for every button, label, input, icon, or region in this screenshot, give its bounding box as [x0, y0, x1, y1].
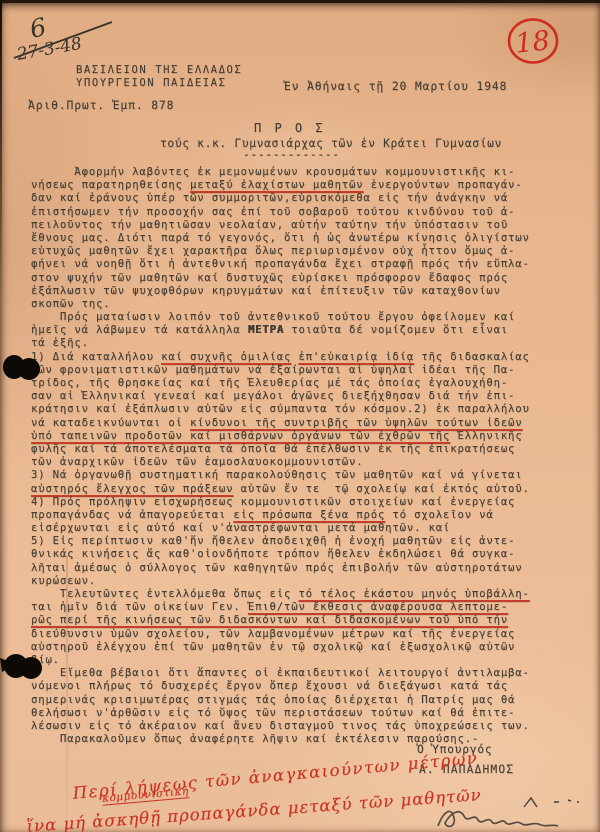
body-line: σκοπῶν της.	[31, 298, 593, 311]
caret-mark	[524, 798, 537, 807]
registry-date: 27-3-48	[14, 34, 83, 65]
red-underlined-text: κίνδυνοι τῆς συντριβῆς τῶν ὑψηλῶν τούτων…	[190, 417, 523, 429]
red-underlined-text: εἰς πρόσωπα ξένα πρός	[233, 509, 385, 521]
scan-top-edge	[0, 0, 600, 3]
body-line: τῶν φρονιματιστικῶν μαθημάτων νά ἐξαίρων…	[31, 364, 593, 377]
body-line: Εἴμεθα βέβαιοι ὅτι ἅπαντες οἱ ἐκπαιδευτι…	[31, 667, 593, 680]
text-segment: κράτησιν καί ἐξάπλωσιν αὐτῶν εἰς σύμπαντ…	[31, 403, 530, 415]
document-scan: 6 27-3-48 18 ΒΑΣΙΛΕΙΟΝ ΤΗΣ ΕΛΛΑΔΟΣ ΥΠΟΥΡ…	[0, 0, 600, 832]
letter-body: Ἀφορμήν λαβόντες ἐκ μεμονωμένων κρουσμάτ…	[31, 166, 593, 746]
body-line: διεύθυνσιν ὑμῶν σχολείου, τῶν λαμβανομέν…	[31, 628, 593, 641]
body-line: προπαγάνδας νά ἀπαγορεύεται εἰς πρόσωπα …	[31, 509, 593, 522]
signature-scribble	[438, 811, 558, 826]
text-segment: λῆται ἀμέσως ὁ σύλλογος τῶν καθηγητῶν πρ…	[31, 562, 523, 574]
body-line: σαν αἱ Ἑλληνικαί γενεαί καί μεγάλοι ἀγῶν…	[31, 390, 593, 403]
folio-number: 18	[514, 25, 551, 59]
text-segment: αὐτῶν ἔν τε τῷ σχολείῳ καί ἐκτός αὐτοῦ.	[233, 483, 529, 495]
text-segment: σημερινάς κρισιμωτέρας στιγμάς τάς ὁποία…	[31, 694, 515, 706]
text-segment: εἰσέρχωνται εἰς αὐτό καί ν'ἀναστρέφωνται…	[31, 522, 450, 534]
scan-left-edge	[0, 0, 2, 300]
text-segment: Τελευτῶντες ἐντελλόμεθα ὅπως εἰς	[31, 588, 298, 600]
text-segment: Πρός ματαίωσιν λοιπόν τοῦ ἀντεθνικοῦ τού…	[31, 311, 515, 323]
body-line: ται ἡμῖν διά τῶν οἰκείων Γεν. Ἐπιθ/τῶν ἔ…	[31, 601, 593, 614]
text-segment: Εἴμεθα βέβαιοι ὅτι ἅπαντες οἱ ἐκπαιδευτι…	[31, 667, 530, 679]
text-segment: δαν καί ἐράνους ὑπέρ τῶν συμμοριτῶν,εὑρι…	[31, 192, 508, 204]
text-segment: Ἀφορμήν λαβόντες ἐκ μεμονωμένων κρουσμάτ…	[31, 166, 515, 178]
red-underlined-text: αὐστηρός ἔλεγχος τῶν πράξεων	[31, 483, 233, 495]
body-line: φήνει νά νοηθῇ ὅτι ἡ ἀντεθνική προπαγάνδ…	[31, 258, 593, 271]
body-line: πειλοῦντος τήν μαθητιῶσαν νεολαίαν, αὐτή…	[31, 219, 593, 232]
body-line: Ἀφορμήν λαβόντες ἐκ μεμονωμένων κρουσμάτ…	[31, 166, 593, 179]
text-segment: νόμενοι πλήρως τό δυσχερές ἔργον ὅπερ ἔχ…	[31, 680, 508, 692]
body-line: στον ψυχήν τῶν μαθητῶν καί δυστυχῶς εὑρί…	[31, 272, 593, 285]
text-segment: ἐξάπλωσιν τῶν ψυχοφθόρων κηρυγμάτων καί …	[31, 285, 501, 297]
text-segment: ἐπιστήσωμεν τήν προσοχήν σας ἐπί τοῦ σοβ…	[31, 206, 515, 218]
folio-circle: 18	[499, 12, 569, 74]
text-segment: διεύθυνσιν ὑμῶν σχολείου, τῶν λαμβανομέν…	[31, 628, 515, 640]
text-segment: προπαγάνδας νά ἀπαγορεύεται	[31, 509, 233, 521]
text-segment: νήσεως παρατηρηθείσης	[31, 179, 190, 191]
body-line: Τελευτῶντες ἐντελλόμεθα ὅπως εἰς τό τέλο…	[31, 588, 593, 601]
body-line: ρῶς περί τῆς κινήσεως τῶν διδασκόντων κα…	[31, 614, 593, 627]
text-segment: σκοπῶν της.	[31, 298, 111, 310]
text-segment: Παρακαλοῦμεν ὅπως ἀναφέρητε λῆψιν καί ἐκ…	[31, 733, 479, 745]
body-line: 3) Νά ὀργανωθῇ συστηματική παρακολούθησι…	[31, 469, 593, 482]
text-segment: 1) Διά καταλλήλου	[31, 351, 161, 363]
text-segment: θελήσωσι ν'ἀρθῶσιν εἰς τό ὕψος τῶν περισ…	[31, 707, 515, 719]
body-line: φυλῆς καί τά ἀποτελέσματα τά ὁποῖα θά ἐπ…	[31, 443, 593, 456]
body-line: 5) Εἰς περίπτωσιν καθ'ἥν ἤθελεν ἀποδειχθ…	[31, 535, 593, 548]
pencil-signature	[428, 794, 598, 832]
text-segment: τό σχολεῖον νά	[385, 509, 493, 521]
body-line: λῆται ἀμέσως ὁ σύλλογος τῶν καθηγητῶν πρ…	[31, 562, 593, 575]
body-line: νήσεως παρατηρηθείσης μεταξύ ἐλαχίστων μ…	[31, 179, 593, 192]
text-segment: 5) Εἰς περίπτωσιν καθ'ἥν ἤθελεν ἀποδειχθ…	[31, 535, 515, 547]
body-line: τά ἑξῆς.	[31, 337, 593, 350]
emphasized-text: ΜΕΤΡΑ	[248, 324, 284, 336]
dash-marks	[554, 800, 579, 802]
body-line: Πρός ματαίωσιν λοιπόν τοῦ ἀντεθνικοῦ τού…	[31, 311, 593, 324]
body-line: 4) Πρός πρόληψιν εἰσχωρήσεως κομμουνιστι…	[31, 496, 593, 509]
body-line: ἐξάπλωσιν τῶν ψυχοφθόρων κηρυγμάτων καί …	[31, 285, 593, 298]
body-line: ἐπιστήσωμεν τήν προσοχήν σας ἐπί τοῦ σοβ…	[31, 206, 593, 219]
addressee-divider: -------------	[243, 148, 340, 161]
red-underlined-text: ἐπ'εὐκαιρίᾳ ἰδίᾳ	[298, 351, 414, 363]
red-underlined-text: ρῶς περί τῆς κινήσεως τῶν διδασκόντων κα…	[31, 614, 508, 626]
date-line: Ἐν Ἀθήναις τῇ 20 Μαρτίου 1948	[284, 80, 507, 93]
protocol-number: Ἀριθ.Πρωτ. Ἐμπ. 878	[28, 99, 174, 112]
text-segment: τῶν φρονιματιστικῶν μαθημάτων νά ἐξαίρων…	[31, 364, 515, 376]
text-segment: τῆς διδασκαλίας	[414, 351, 530, 363]
body-line: θελήσωσι ν'ἀρθῶσιν εἰς τό ὕψος τῶν περισ…	[31, 707, 593, 720]
text-segment: φήνει νά νοηθῇ ὅτι ἡ ἀντεθνική προπαγάνδ…	[31, 258, 530, 270]
body-line: δαν καί ἐράνους ὑπέρ τῶν συμμοριτῶν,εὑρι…	[31, 192, 593, 205]
text-segment: 4) Πρός πρόληψιν εἰσχωρήσεως κομμουνιστι…	[31, 496, 515, 508]
org-name-line2: ΥΠΟΥΡΓΕΙΟΝ ΠΑΙΔΕΙΑΣ	[76, 77, 227, 89]
org-name-line1: ΒΑΣΙΛΕΙΟΝ ΤΗΣ ΕΛΛΑΔΟΣ	[76, 64, 242, 76]
body-line: τῶν ἀναρχικῶν ἰδεῶν τῶν ἐαμοσλαυοκομμουν…	[31, 456, 593, 469]
body-line: αὐστηρός ἔλεγχος τῶν πράξεων αὐτῶν ἔν τε…	[31, 483, 593, 496]
body-line: νόμενοι πλήρως τό δυσχερές ἔργον ὅπερ ἔχ…	[31, 680, 593, 693]
text-segment: 3) Νά ὀργανωθῇ συστηματική παρακολούθησι…	[31, 469, 523, 481]
hole-punch-top	[0, 348, 48, 390]
text-segment: τρίδος, τῆς θρησκείας καί τῆς Ἐλευθερίας…	[31, 377, 508, 389]
red-underlined-text: Ἐπιθ/τῶν ἔκθεσις ἀναφέρουσα λεπτομε-	[248, 601, 508, 613]
text-segment: κυρώσεων.	[31, 575, 96, 587]
text-segment: τῶν ἀναρχικῶν ἰδεῶν τῶν ἐαμοσλαυοκομμουν…	[31, 456, 364, 468]
text-segment: εὐτυχῶς μαθητῶν ἔχει χαρακτῆρα ὅλως περι…	[31, 245, 515, 257]
red-underlined-text: τό τέλος ἑκάστου μηνός ὑποβάλλη-	[298, 588, 529, 600]
text-segment: ἔθνους μας. Διότι παρά τό γεγονός, ὅτι ἡ…	[31, 232, 530, 244]
text-segment: αὐστηροῦ ἐλέγχου ἐπί τῶν μαθητῶν ἐν τῷ σ…	[31, 641, 515, 653]
red-underlined-text: καί συχνῆς ὁμιλίας	[161, 351, 291, 363]
body-line: θνικάς κινήσεις ἅς καθ'οἱονδήποτε τρόπον…	[31, 548, 593, 561]
body-line: κυρώσεων.	[31, 575, 593, 588]
body-line: Παρακαλοῦμεν ὅπως ἀναφέρητε λῆψιν καί ἐκ…	[31, 733, 593, 746]
body-line: βίῳ.	[31, 654, 593, 667]
red-underlined-text: ὑπό ταπεινῶν προδοτῶν καί μισθάρνων ὀργά…	[31, 430, 450, 442]
text-segment: θνικάς κινήσεις ἅς καθ'οἱονδήποτε τρόπον…	[31, 548, 515, 560]
body-line: λέσωσιν εἰς τό ἀκέραιον καί ἄνευ δισταγμ…	[31, 720, 593, 733]
to-label: Π Ρ Ο Σ	[254, 121, 326, 135]
body-line: σημερινάς κρισιμωτέρας στιγμάς τάς ὁποία…	[31, 694, 593, 707]
body-line: ὑπό ταπεινῶν προδοτῶν καί μισθάρνων ὀργά…	[31, 430, 593, 443]
body-line: ἡμεῖς νά λάβωμεν τά κατάλληλα ΜΕΤΡΑ τοια…	[31, 324, 593, 337]
body-line: νά καταδεικνύωνται οἱ κίνδυνοι τῆς συντρ…	[31, 417, 593, 430]
body-line: εὐτυχῶς μαθητῶν ἔχει χαρακτῆρα ὅλως περι…	[31, 245, 593, 258]
text-segment: σαν αἱ Ἑλληνικαί γενεαί καί μεγάλοι ἀγῶν…	[31, 390, 515, 402]
body-line: κράτησιν καί ἐξάπλωσιν αὐτῶν εἰς σύμπαντ…	[31, 403, 593, 416]
text-segment: στον ψυχήν τῶν μαθητῶν καί δυστυχῶς εὑρί…	[31, 272, 508, 284]
text-segment: ἡμεῖς νά λάβωμεν τά κατάλληλα	[31, 324, 248, 336]
text-segment: φυλῆς καί τά ἀποτελέσματα τά ὁποῖα θά ἐπ…	[31, 443, 515, 455]
text-segment: λέσωσιν εἰς τό ἀκέραιον καί ἄνευ δισταγμ…	[31, 720, 530, 732]
text-segment: ται ἡμῖν διά τῶν οἰκείων Γεν.	[31, 601, 248, 613]
body-line: αὐστηροῦ ἐλέγχου ἐπί τῶν μαθητῶν ἐν τῷ σ…	[31, 641, 593, 654]
hole-punch-bottom	[0, 646, 48, 690]
text-segment: νά καταδεικνύωνται οἱ	[31, 417, 190, 429]
red-underlined-text: μεταξύ ἐλαχίστων μαθητῶν	[190, 179, 363, 191]
text-segment: τοιαῦτα δέ νομίζομεν ὅτι εἶναι	[284, 324, 508, 336]
body-line: 1) Διά καταλλήλου καί συχνῆς ὁμιλίας ἐπ'…	[31, 351, 593, 364]
body-line: ἔθνους μας. Διότι παρά τό γεγονός, ὅτι ἡ…	[31, 232, 593, 245]
body-line: τρίδος, τῆς θρησκείας καί τῆς Ἐλευθερίας…	[31, 377, 593, 390]
text-segment: ἐνεργούντων προπαγάν-	[364, 179, 523, 191]
text-segment: Ἑλληνικῆς	[450, 430, 522, 442]
body-line: εἰσέρχωνται εἰς αὐτό καί ν'ἀναστρέφωνται…	[31, 522, 593, 535]
text-segment: πειλοῦντος τήν μαθητιῶσαν νεολαίαν, αὐτή…	[31, 219, 508, 231]
